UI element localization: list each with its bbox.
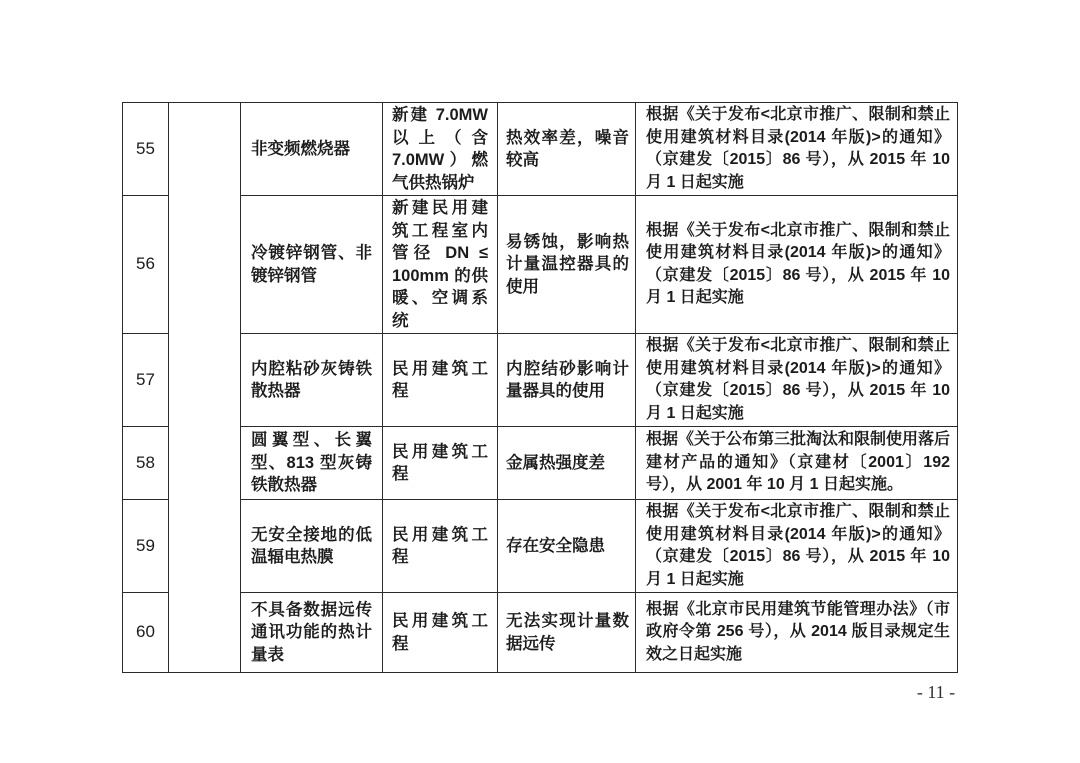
row-number-cell: 58	[123, 427, 169, 500]
basis-cell: 根据《关于发布<北京市推广、限制和禁止使用建筑材料目录(2014 年版)>的通知…	[636, 334, 958, 427]
row-number-cell: 59	[123, 500, 169, 593]
scope-cell: 民用建筑工程	[383, 427, 498, 500]
row-number-cell: 55	[123, 103, 169, 196]
scope-cell: 新建民用建筑工程室内管径 DN ≤ 100mm 的供暖、空调系统	[383, 196, 498, 334]
row-number-cell: 56	[123, 196, 169, 334]
table-row: 59 无安全接地的低温辐电热膜 民用建筑工程 存在安全隐患 根据《关于发布<北京…	[123, 500, 958, 593]
scope-cell: 新建 7.0MW 以上（含 7.0MW）燃气供热锅炉	[383, 103, 498, 196]
scope-cell: 民用建筑工程	[383, 334, 498, 427]
reason-cell: 金属热强度差	[498, 427, 636, 500]
row-number-cell: 57	[123, 334, 169, 427]
table-row: 55 非变频燃烧器 新建 7.0MW 以上（含 7.0MW）燃气供热锅炉 热效率…	[123, 103, 958, 196]
product-name-cell: 无安全接地的低温辐电热膜	[241, 500, 383, 593]
product-name-cell: 不具备数据远传通讯功能的热计量表	[241, 593, 383, 673]
reason-cell: 易锈蚀，影响热计量温控器具的使用	[498, 196, 636, 334]
basis-cell: 根据《关于发布<北京市推广、限制和禁止使用建筑材料目录(2014 年版)>的通知…	[636, 196, 958, 334]
scope-cell: 民用建筑工程	[383, 500, 498, 593]
product-name-cell: 冷镀锌钢管、非镀锌钢管	[241, 196, 383, 334]
reason-cell: 存在安全隐患	[498, 500, 636, 593]
table-row: 60 不具备数据远传通讯功能的热计量表 民用建筑工程 无法实现计量数据远传 根据…	[123, 593, 958, 673]
banned-materials-table: 55 非变频燃烧器 新建 7.0MW 以上（含 7.0MW）燃气供热锅炉 热效率…	[122, 102, 958, 673]
reason-cell: 无法实现计量数据远传	[498, 593, 636, 673]
basis-cell: 根据《北京市民用建筑节能管理办法》（市政府令第 256 号），从 2014 版目…	[636, 593, 958, 673]
product-name-cell: 圆翼型、长翼型、813 型灰铸铁散热器	[241, 427, 383, 500]
row-number-cell: 60	[123, 593, 169, 673]
scope-cell: 民用建筑工程	[383, 593, 498, 673]
category-cell-empty	[169, 103, 241, 673]
table-row: 57 内腔粘砂灰铸铁散热器 民用建筑工程 内腔结砂影响计量器具的使用 根据《关于…	[123, 334, 958, 427]
basis-cell: 根据《关于公布第三批淘汰和限制使用落后建材产品的通知》（京建材〔2001〕192…	[636, 427, 958, 500]
reason-cell: 内腔结砂影响计量器具的使用	[498, 334, 636, 427]
product-name-cell: 非变频燃烧器	[241, 103, 383, 196]
reason-cell: 热效率差，噪音较高	[498, 103, 636, 196]
table-row: 58 圆翼型、长翼型、813 型灰铸铁散热器 民用建筑工程 金属热强度差 根据《…	[123, 427, 958, 500]
product-name-cell: 内腔粘砂灰铸铁散热器	[241, 334, 383, 427]
basis-cell: 根据《关于发布<北京市推广、限制和禁止使用建筑材料目录(2014 年版)>的通知…	[636, 103, 958, 196]
table-row: 56 冷镀锌钢管、非镀锌钢管 新建民用建筑工程室内管径 DN ≤ 100mm 的…	[123, 196, 958, 334]
page-number: - 11 -	[880, 682, 992, 703]
basis-cell: 根据《关于发布<北京市推广、限制和禁止使用建筑材料目录(2014 年版)>的通知…	[636, 500, 958, 593]
